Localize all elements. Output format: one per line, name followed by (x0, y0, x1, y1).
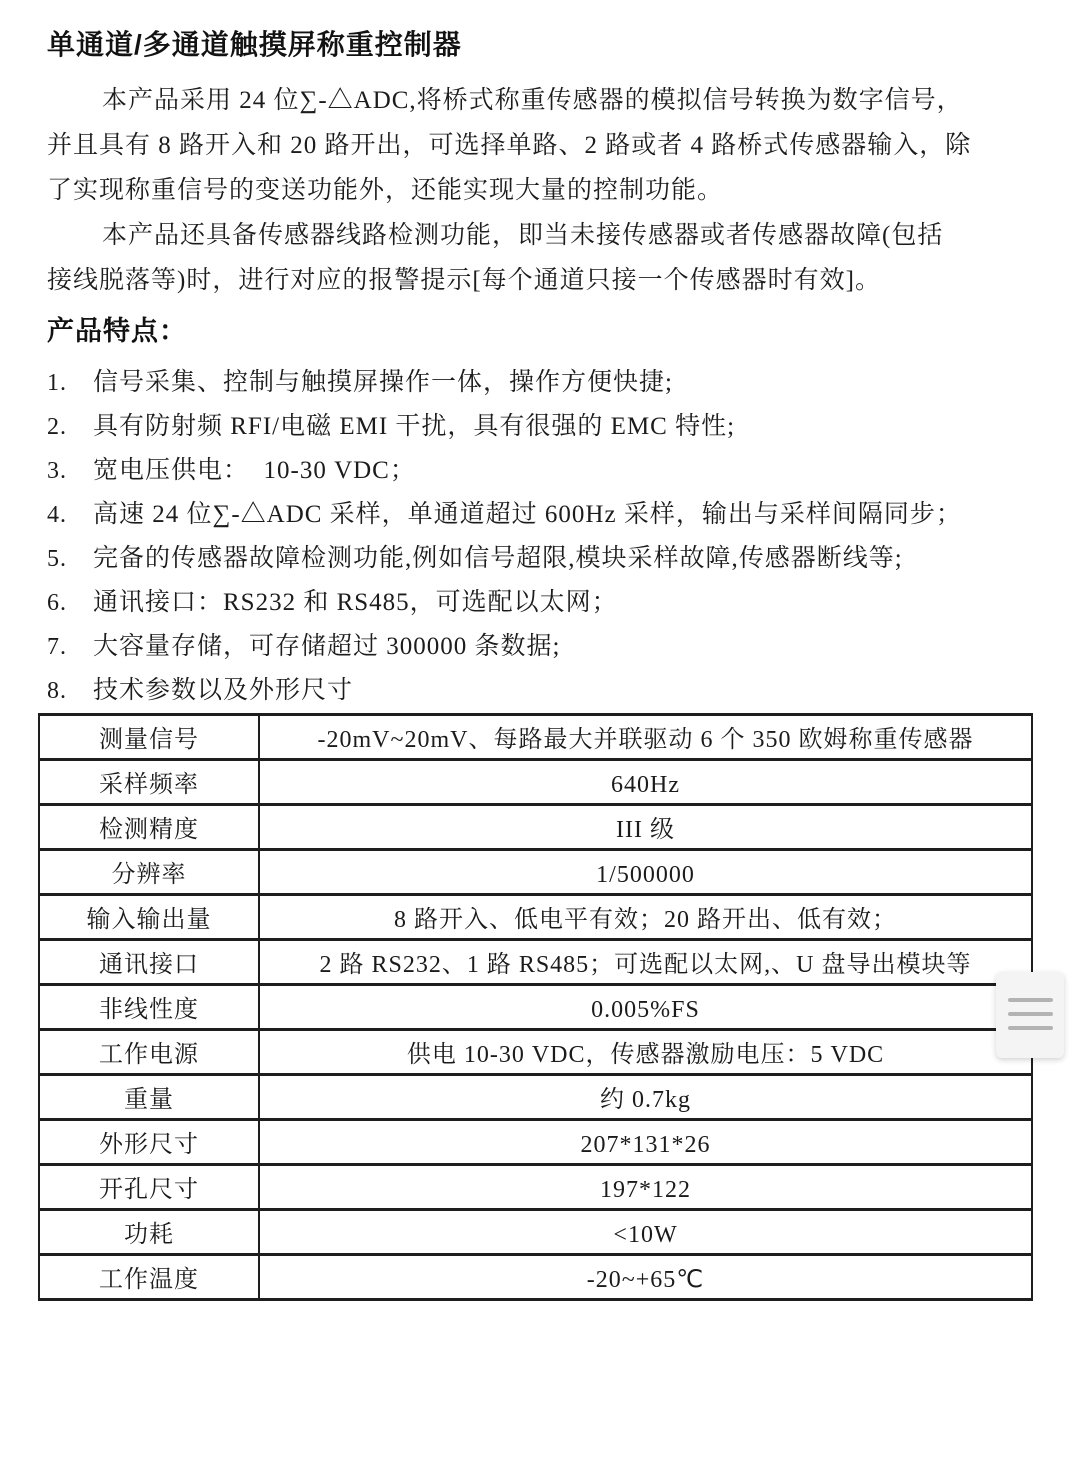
table-row: 开孔尺寸 197*122 (39, 1165, 1032, 1210)
hamburger-menu-icon (1008, 998, 1053, 1040)
table-row: 功耗 <10W (39, 1210, 1032, 1255)
feature-text: 大容量存储，可存储超过 300000 条数据; (93, 625, 560, 669)
feature-item: 4. 高速 24 位∑-△ADC 采样，单通道超过 600Hz 采样，输出与采样… (47, 493, 1035, 537)
table-row: 输入输出量 8 路开入、低电平有效；20 路开出、低有效； (39, 895, 1032, 940)
feature-number: 5. (47, 537, 93, 581)
paragraph-line: 并且具有 8 路开入和 20 路开出，可选择单路、2 路或者 4 路桥式传感器输… (47, 123, 1035, 168)
table-row: 外形尺寸 207*131*26 (39, 1120, 1032, 1165)
feature-item: 7. 大容量存储，可存储超过 300000 条数据; (47, 625, 1035, 669)
paragraph-line: 本产品还具备传感器线路检测功能，即当未接传感器或者传感器故障(包括 (47, 213, 1035, 258)
spec-value: 8 路开入、低电平有效；20 路开出、低有效； (259, 895, 1032, 940)
table-row: 非线性度 0.005%FS (39, 985, 1032, 1030)
spec-label: 外形尺寸 (39, 1120, 259, 1165)
spec-label: 功耗 (39, 1210, 259, 1255)
feature-text: 完备的传感器故障检测功能,例如信号超限,模块采样故障,传感器断线等; (93, 537, 903, 581)
spec-value: <10W (259, 1210, 1032, 1255)
spec-label: 重量 (39, 1075, 259, 1120)
feature-item: 8. 技术参数以及外形尺寸 (47, 669, 1035, 713)
table-row: 采样频率 640Hz (39, 760, 1032, 805)
paragraph-line: 接线脱落等)时，进行对应的报警提示[每个通道只接一个传感器时有效]。 (47, 258, 1035, 303)
table-row: 分辨率 1/500000 (39, 850, 1032, 895)
paragraph: 本产品还具备传感器线路检测功能，即当未接传感器或者传感器故障(包括 接线脱落等)… (47, 213, 1035, 303)
spec-label: 工作温度 (39, 1255, 259, 1300)
spec-value: 1/500000 (259, 850, 1032, 895)
spec-value: 0.005%FS (259, 985, 1032, 1030)
spec-label: 通讯接口 (39, 940, 259, 985)
feature-item: 5. 完备的传感器故障检测功能,例如信号超限,模块采样故障,传感器断线等; (47, 537, 1035, 581)
spec-value: 2 路 RS232、1 路 RS485；可选配以太网,、U 盘导出模块等 (259, 940, 1032, 985)
spec-value: -20mV~20mV、每路最大并联驱动 6 个 350 欧姆称重传感器 (259, 715, 1032, 760)
paragraph-line: 本产品采用 24 位∑-△ADC,将桥式称重传感器的模拟信号转换为数字信号， (47, 78, 1035, 123)
spec-value: III 级 (259, 805, 1032, 850)
spec-value: 640Hz (259, 760, 1032, 805)
feature-item: 3. 宽电压供电： 10-30 VDC； (47, 449, 1035, 493)
spec-value: 207*131*26 (259, 1120, 1032, 1165)
spec-value: 约 0.7kg (259, 1075, 1032, 1120)
table-row: 通讯接口 2 路 RS232、1 路 RS485；可选配以太网,、U 盘导出模块… (39, 940, 1032, 985)
feature-text: 高速 24 位∑-△ADC 采样，单通道超过 600Hz 采样，输出与采样间隔同… (93, 493, 962, 537)
feature-text: 技术参数以及外形尺寸 (93, 669, 353, 713)
paragraph-line: 了实现称重信号的变送功能外，还能实现大量的控制功能。 (47, 168, 1035, 213)
feature-text: 具有防射频 RFI/电磁 EMI 干扰，具有很强的 EMC 特性; (93, 405, 735, 449)
feature-number: 7. (47, 625, 93, 669)
feature-item: 6. 通讯接口：RS232 和 RS485，可选配以太网； (47, 581, 1035, 625)
feature-item: 2. 具有防射频 RFI/电磁 EMI 干扰，具有很强的 EMC 特性; (47, 405, 1035, 449)
feature-number: 4. (47, 493, 93, 537)
feature-number: 1. (47, 361, 93, 405)
paragraph: 本产品采用 24 位∑-△ADC,将桥式称重传感器的模拟信号转换为数字信号， 并… (47, 78, 1035, 213)
spec-label: 采样频率 (39, 760, 259, 805)
feature-text: 宽电压供电： 10-30 VDC； (93, 449, 416, 493)
feature-text: 信号采集、控制与触摸屏操作一体，操作方便快捷; (93, 361, 673, 405)
specs-table: 测量信号 -20mV~20mV、每路最大并联驱动 6 个 350 欧姆称重传感器… (38, 713, 1033, 1301)
table-row: 检测精度 III 级 (39, 805, 1032, 850)
feature-number: 3. (47, 449, 93, 493)
document-page: 单通道/多通道触摸屏称重控制器 本产品采用 24 位∑-△ADC,将桥式称重传感… (0, 0, 1073, 1471)
features-heading: 产品特点： (47, 313, 1035, 349)
feature-number: 6. (47, 581, 93, 625)
spec-label: 开孔尺寸 (39, 1165, 259, 1210)
floating-menu-button[interactable] (996, 972, 1064, 1058)
spec-value: 197*122 (259, 1165, 1032, 1210)
features-list: 1. 信号采集、控制与触摸屏操作一体，操作方便快捷; 2. 具有防射频 RFI/… (47, 361, 1035, 713)
page-title: 单通道/多通道触摸屏称重控制器 (47, 28, 1035, 62)
feature-text: 通讯接口：RS232 和 RS485，可选配以太网； (93, 581, 618, 625)
spec-label: 输入输出量 (39, 895, 259, 940)
spec-label: 工作电源 (39, 1030, 259, 1075)
spec-label: 非线性度 (39, 985, 259, 1030)
spec-value: -20~+65℃ (259, 1255, 1032, 1300)
feature-number: 2. (47, 405, 93, 449)
spec-value: 供电 10-30 VDC，传感器激励电压：5 VDC (259, 1030, 1032, 1075)
table-row: 工作温度 -20~+65℃ (39, 1255, 1032, 1300)
table-row: 工作电源 供电 10-30 VDC，传感器激励电压：5 VDC (39, 1030, 1032, 1075)
spec-label: 测量信号 (39, 715, 259, 760)
spec-label: 分辨率 (39, 850, 259, 895)
spec-label: 检测精度 (39, 805, 259, 850)
feature-number: 8. (47, 669, 93, 713)
feature-item: 1. 信号采集、控制与触摸屏操作一体，操作方便快捷; (47, 361, 1035, 405)
table-row: 测量信号 -20mV~20mV、每路最大并联驱动 6 个 350 欧姆称重传感器 (39, 715, 1032, 760)
table-row: 重量 约 0.7kg (39, 1075, 1032, 1120)
